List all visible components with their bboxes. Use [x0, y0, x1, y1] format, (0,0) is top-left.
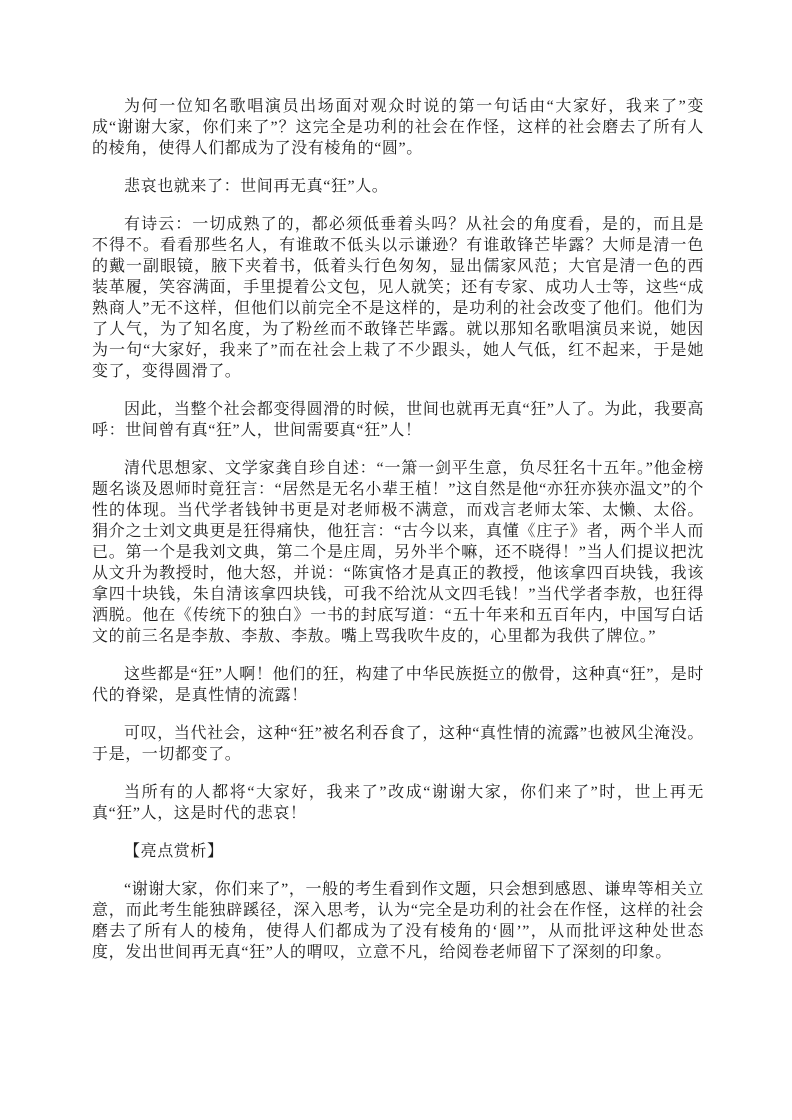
essay-paragraph-4: 因此，当整个社会都变得圆滑的时候，世间也就再无真“狂”人了。为此，我要高呼：世间… — [92, 399, 704, 441]
essay-paragraph-1: 为何一位知名歌唱演员出场面对观众时说的第一句话由“大家好，我来了”变成“谢谢大家… — [92, 96, 704, 159]
essay-body: 为何一位知名歌唱演员出场面对观众时说的第一句话由“大家好，我来了”变成“谢谢大家… — [92, 96, 704, 980]
document-page: 为何一位知名歌唱演员出场面对观众时说的第一句话由“大家好，我来了”变成“谢谢大家… — [0, 0, 792, 1120]
essay-paragraph-6: 这些都是“狂”人啊！他们的狂，构建了中华民族挺立的傲骨，这种真“狂”，是时代的脊… — [92, 664, 704, 706]
analysis-paragraph-1: “谢谢大家，你们来了”，一般的考生看到作文题，只会想到感恩、谦卑等相关立意，而此… — [92, 879, 704, 963]
essay-paragraph-8: 当所有的人都将“大家好，我来了”改成“谢谢大家，你们来了”时，世上再无真“狂”人… — [92, 782, 704, 824]
essay-paragraph-2: 悲哀也就来了：世间再无真“狂”人。 — [92, 176, 704, 197]
essay-paragraph-5: 清代思想家、文学家龚自珍自述：“一箫一剑平生意，负尽狂名十五年。”他金榜题名谈及… — [92, 458, 704, 647]
essay-paragraph-3: 有诗云：一切成熟了的，都必须低垂着头吗？从社会的角度看，是的，而且是不得不。看看… — [92, 214, 704, 382]
essay-paragraph-7: 可叹，当代社会，这种“狂”被名利吞食了，这种“真性情的流露”也被风尘淹没。于是，… — [92, 723, 704, 765]
section-heading-highlight-analysis: 【亮点赏析】 — [92, 841, 704, 862]
